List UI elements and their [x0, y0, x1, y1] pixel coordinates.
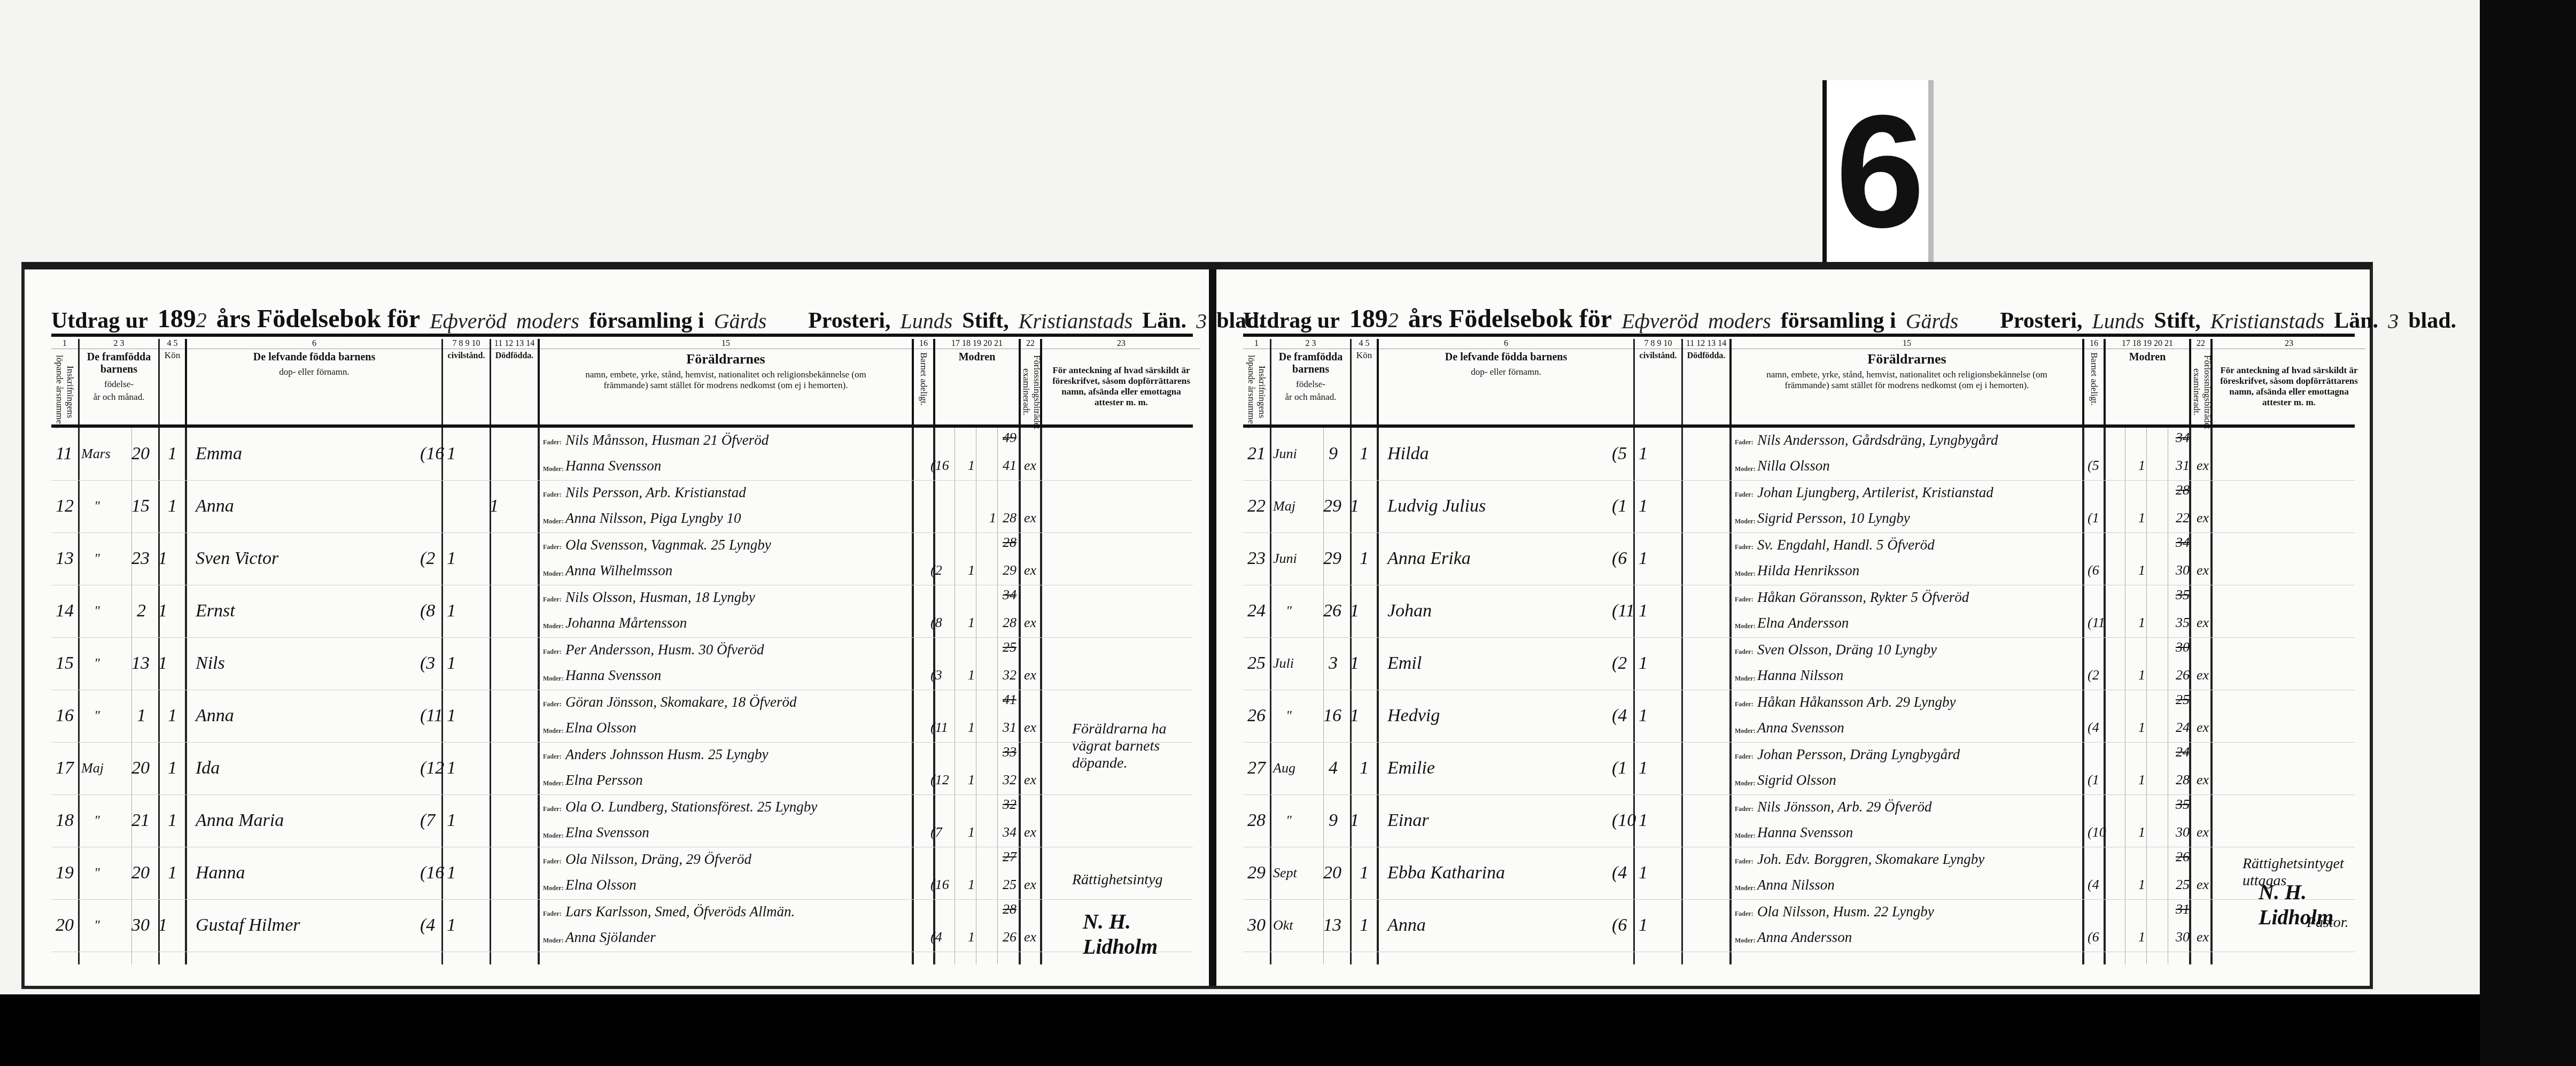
book-label: års Födelsebok för	[216, 304, 420, 334]
deanery-name: Gärds	[714, 308, 767, 334]
column-header-row: 1Inskrifningens löpande årsnummer. 2 3De…	[51, 339, 1193, 428]
table-row: 29 Sept 20 1 Ebba Katharina (4 1 Fader: …	[1243, 847, 2355, 900]
column-header-row: 1Inskrifningens löpande årsnummer. 2 3De…	[1243, 339, 2355, 428]
table-row: 16 " 1 1 Anna (11 1 Fader: Göran Jönsson…	[51, 690, 1193, 743]
table-row: 15 " 13 1 Nils (3 1 Fader: Per Andersson…	[51, 637, 1193, 690]
col-sex: 4 5Kön	[158, 339, 185, 424]
left-page: Utdrag ur 1892 års Födelsebok för Ефverö…	[25, 269, 1216, 986]
table-row: 26 " 16 1 Hedvig (4 1 Fader: Håkan Håkan…	[1243, 690, 2355, 743]
table-row: 21 Juni 9 1 Hilda (5 1 Fader: Nils Ander…	[1243, 428, 2355, 481]
col-parents: 15Föräldrarnesnamn, embete, yrke, stånd,…	[538, 339, 912, 424]
remark-certificate: Rättighetsintyg	[1072, 871, 1163, 889]
congregation-label: församling i	[589, 308, 704, 334]
table-row: 18 " 21 1 Anna Maria (7 1 Fader: Ola O. …	[51, 794, 1193, 847]
table-row: 19 " 20 1 Hanna (16 1 Fader: Ola Nilsson…	[51, 847, 1193, 900]
col-child-name: 6De lefvande födda barnensdop- eller för…	[185, 339, 441, 424]
col-entry-number: 1Inskrifningens löpande årsnummer.	[51, 339, 78, 424]
col-noble: 16Barnet adeligt.	[912, 339, 933, 424]
remark-refused-baptism: Föräldrarna ha vägrat barnets döpande.	[1072, 721, 1200, 772]
table-row: 17 Maj 20 1 Ida (12 1 Fader: Anders John…	[51, 742, 1193, 795]
table-row: 24 " 26 1 Johan (11 1 Fader: Håkan Göran…	[1243, 585, 2355, 638]
page-title: Utdrag ur 1892 års Födelsebok för Ефverö…	[51, 302, 1193, 337]
table-row: 25 Juli 3 1 Emil (2 1 Fader: Sven Olsson…	[1243, 637, 2355, 690]
left-entries: 11 Mars 20 1 Emma (16 1 Fader: Nils Måns…	[51, 428, 1193, 964]
page-title: Utdrag ur 1892 års Födelsebok för Ефverö…	[1243, 302, 2355, 337]
diocese-label: Stift,	[962, 308, 1009, 334]
county-name: Kristianstads	[1019, 308, 1132, 334]
table-row: 12 " 15 1 Anna 1 Fader: Nils Persson, Ar…	[51, 480, 1193, 533]
scan-right-edge	[2480, 0, 2576, 1066]
col-birth-date: 2 3De framfödda barnensfödelse-år och må…	[78, 339, 158, 424]
register-book: Utdrag ur 1892 års Födelsebok för Ефverö…	[21, 262, 2373, 989]
county-label: Län.	[1142, 308, 1186, 334]
table-row: 20 " 30 1 Gustaf Hilmer (4 1 Fader: Lars…	[51, 899, 1193, 952]
table-row: 13 " 23 1 Sven Victor (2 1 Fader: Ola Sv…	[51, 532, 1193, 585]
deanery-label: Prosteri,	[808, 308, 890, 334]
table-row: 14 " 2 1 Ernst (8 1 Fader: Nils Olsson, …	[51, 585, 1193, 638]
table-row: 27 Aug 4 1 Emilie (1 1 Fader: Johan Pers…	[1243, 742, 2355, 795]
title-prefix: Utdrag ur	[51, 308, 148, 334]
sheet-count: 3	[1196, 308, 1207, 334]
year: 1892	[158, 304, 207, 334]
table-row: 11 Mars 20 1 Emma (16 1 Fader: Nils Måns…	[51, 428, 1193, 481]
col-midwife: 22Förlossningsbiträdet examineradt.	[1019, 339, 1040, 424]
table-row: 28 " 9 1 Einar (10 1 Fader: Nils Jönsson…	[1243, 794, 2355, 847]
parish-name: Ефveröd	[430, 308, 507, 334]
col-civil-status: 7 8 9 10civilstånd.	[441, 339, 490, 424]
mothers-label: moders	[516, 308, 579, 334]
signature-title: Pastor.	[2307, 914, 2349, 931]
col-stillborn: 11 12 13 14Dödfödda.	[490, 339, 538, 424]
sheet-number: 6	[1836, 91, 1925, 251]
right-entries: 21 Juni 9 1 Hilda (5 1 Fader: Nils Ander…	[1243, 428, 2355, 964]
col-mother-status: 17 18 19 20 21Modren	[933, 339, 1019, 424]
table-row: 23 Juni 29 1 Anna Erika (6 1 Fader: Sv. …	[1243, 532, 2355, 585]
sheet-number-card: 6	[1822, 80, 1934, 262]
table-row: 30 Okt 13 1 Anna (6 1 Fader: Ola Nilsson…	[1243, 899, 2355, 952]
col-remarks: 23För anteckning af hvad särskildt är fö…	[1040, 339, 1200, 424]
table-row: 22 Maj 29 1 Ludvig Julius (1 1 Fader: Jo…	[1243, 480, 2355, 533]
diocese-name: Lunds	[901, 308, 953, 334]
right-page: Utdrag ur 1892 års Födelsebok för Ефverö…	[1216, 269, 2371, 986]
signature: N. H. Lidholm	[1083, 909, 1193, 959]
scan-bottom-edge	[0, 994, 2576, 1066]
